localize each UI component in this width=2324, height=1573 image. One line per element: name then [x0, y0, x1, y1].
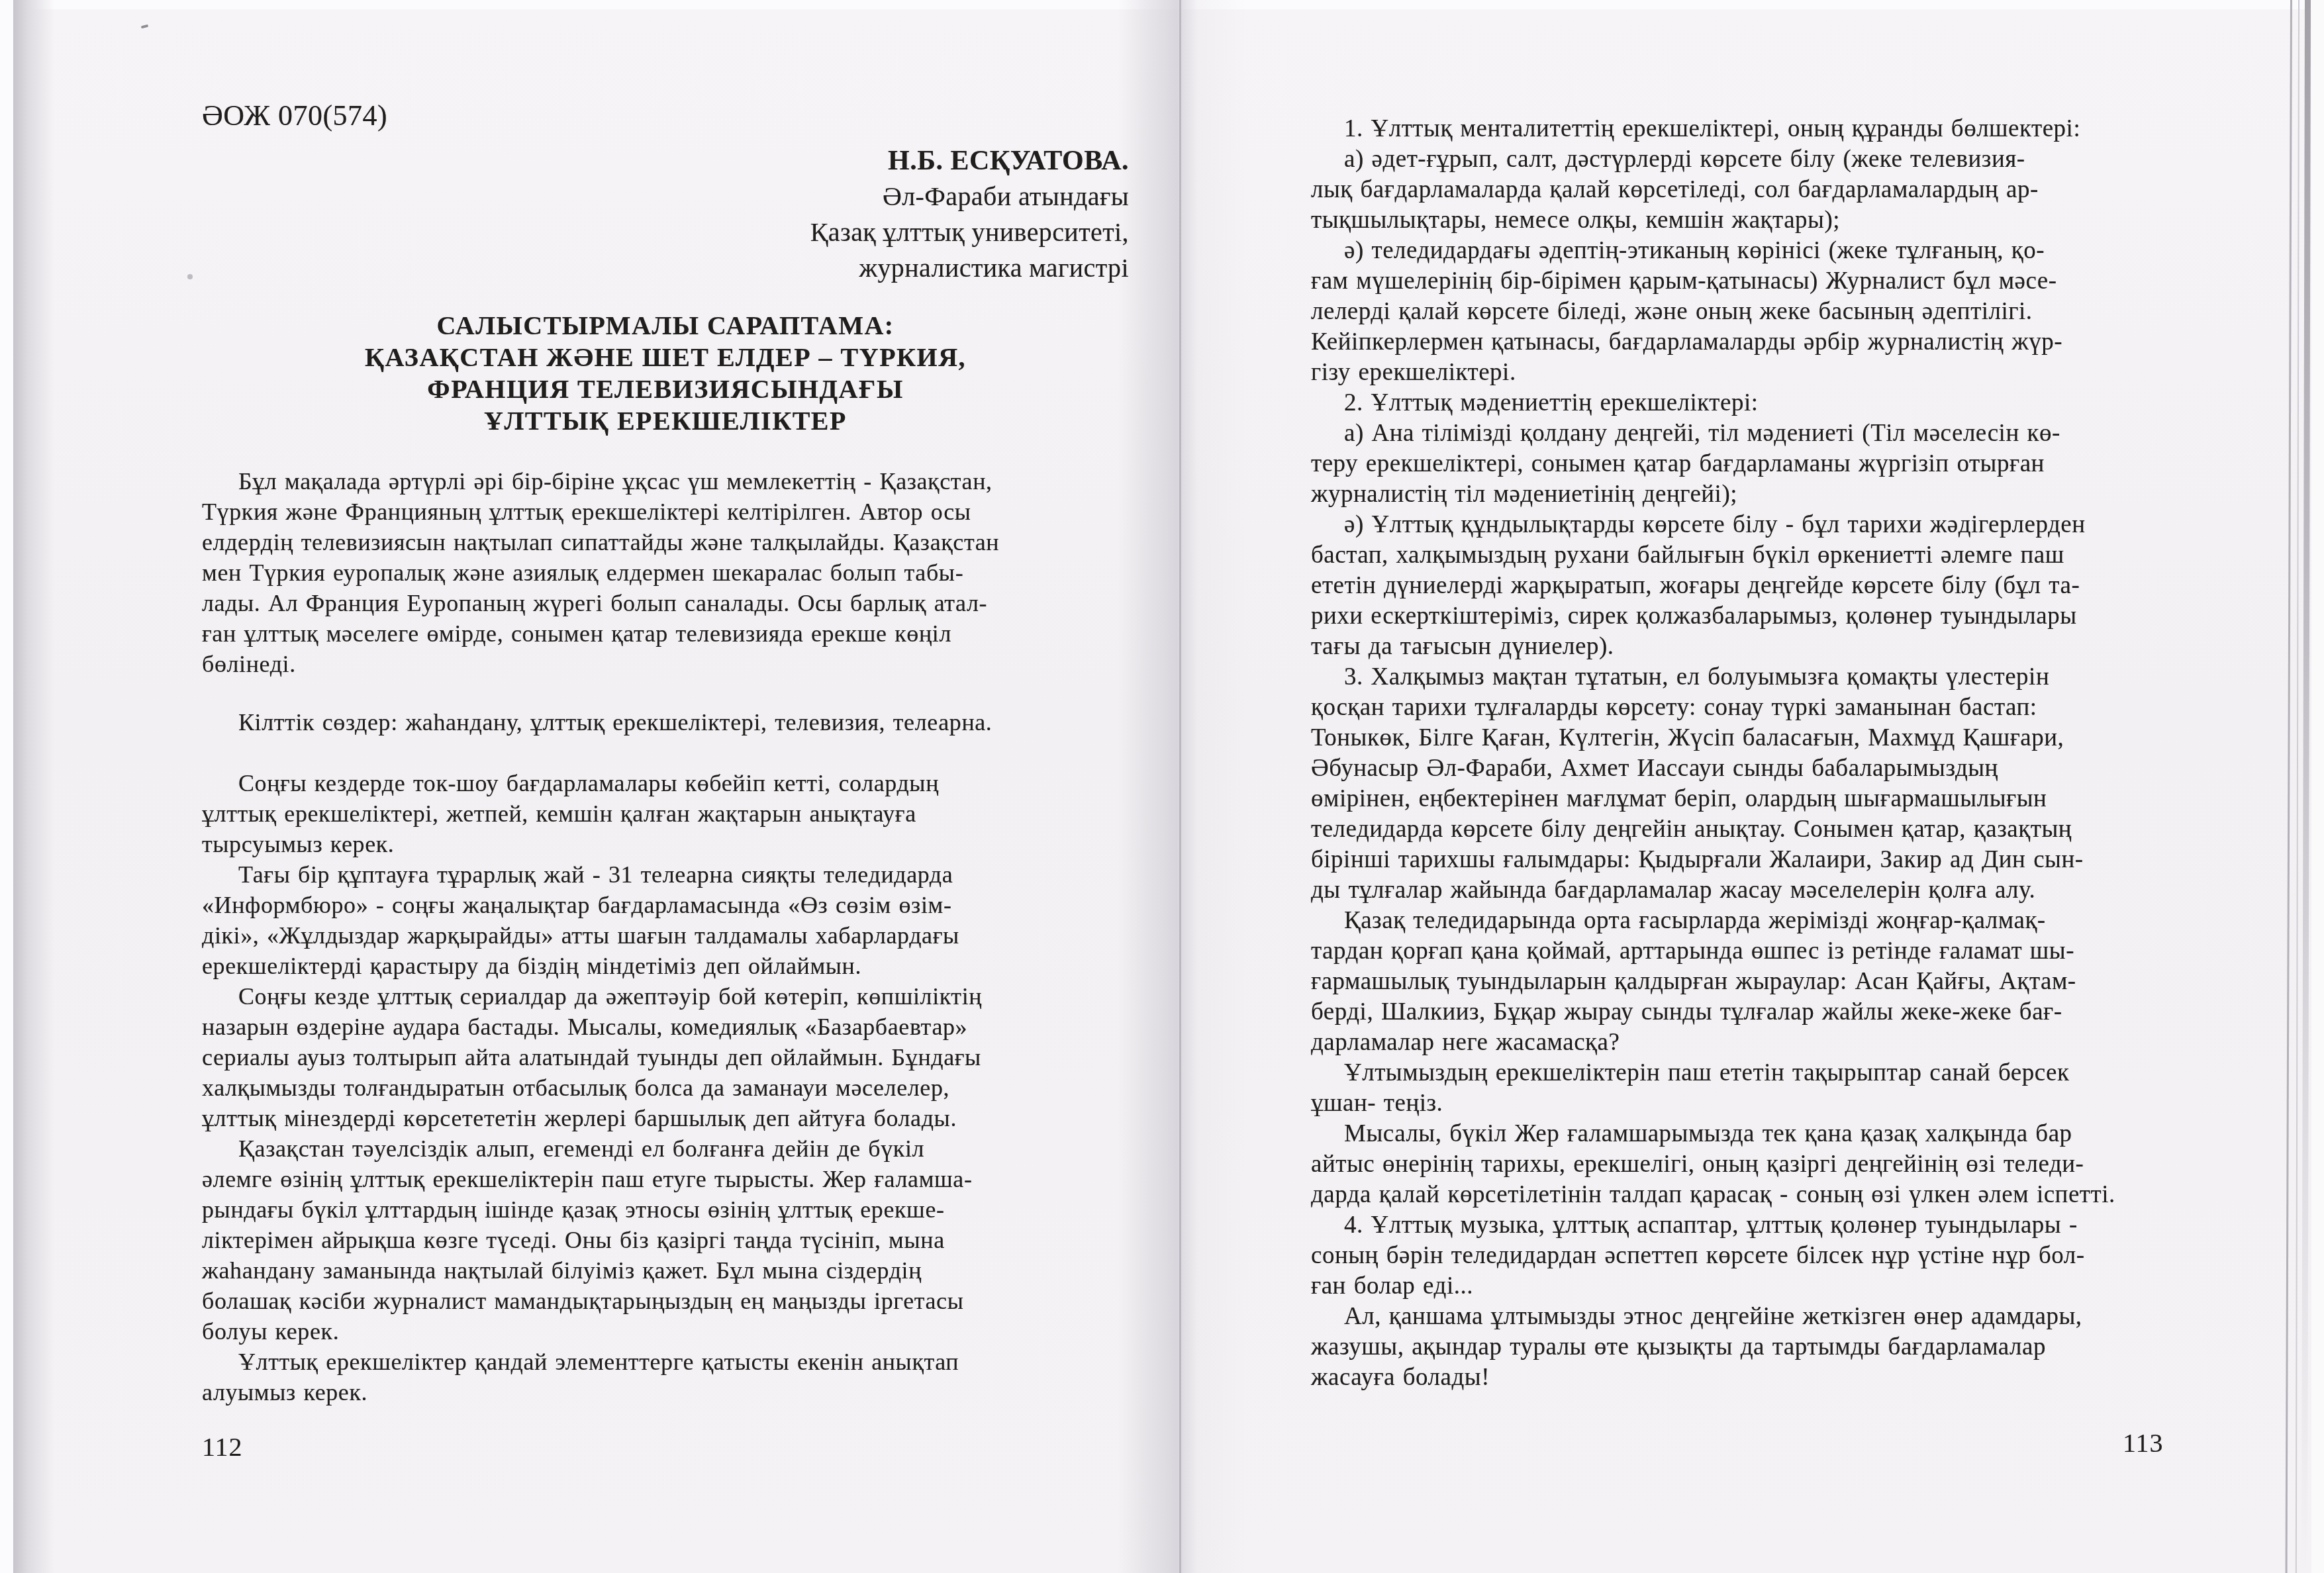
article-title: САЛЫСТЫРМАЛЫ САРАПТАМА: ҚАЗАҚСТАН ЖӘНЕ Ш…	[202, 310, 1129, 437]
author-block: Н.Б. ЕСҚУАТОВА. Әл-Фараби атындағы Қазақ…	[202, 143, 1129, 286]
body-paragraph: Ал, қаншама ұлтымызды этнос деңгейіне же…	[1311, 1302, 2258, 1393]
scan-speck	[187, 274, 193, 279]
page-112: ӘОЖ 070(574) Н.Б. ЕСҚУАТОВА. Әл-Фараби а…	[202, 99, 1129, 1407]
body-paragraph: Тағы бір құптауға тұрарлық жай - 31 теле…	[202, 859, 1129, 981]
body-paragraph: а) Ана тілімізді қолдану деңгейі, тіл мә…	[1311, 418, 2258, 510]
body-paragraph: Соңғы кездерде ток-шоу бағдарламалары кө…	[202, 768, 1129, 859]
udc-code: ӘОЖ 070(574)	[202, 99, 1129, 132]
page-113: 1. Ұлттық менталитеттің ерекшеліктері, о…	[1311, 114, 2258, 1393]
body-paragraph: 1. Ұлттық менталитеттің ерекшеліктері, о…	[1311, 114, 2258, 144]
scan-speck	[141, 24, 149, 29]
scan-left-margin	[0, 0, 13, 1573]
body-paragraph: Қазақ теледидарында орта ғасырларда жері…	[1311, 906, 2258, 1058]
scan-right-margin	[2311, 0, 2324, 1573]
keywords-line: Кілттік сөздер: жаһандану, ұлттық ерекше…	[202, 707, 1129, 738]
page-edge-shadow-left	[13, 0, 54, 1573]
body-paragraph: 4. Ұлттық музыка, ұлттық аспаптар, ұлтты…	[1311, 1210, 2258, 1302]
author-name: Н.Б. ЕСҚУАТОВА.	[202, 143, 1129, 179]
page-number-left: 112	[202, 1431, 243, 1462]
abstract-paragraph: Бұл мақалада әртүрлі әрі бір-біріне ұқса…	[202, 466, 1129, 679]
body-paragraph: Ұлттық ерекшеліктер қандай элементтерге …	[202, 1347, 1129, 1407]
body-paragraph: Қазақстан тәуелсіздік алып, егеменді ел …	[202, 1133, 1129, 1347]
body-paragraph: а) әдет-ғұрып, салт, дәстүрлерді көрсете…	[1311, 144, 2258, 236]
body-paragraph: 2. Ұлттық мәдениеттің ерекшеліктері:	[1311, 388, 2258, 418]
author-affiliation: Әл-Фараби атындағы Қазақ ұлттық универси…	[202, 179, 1129, 286]
page-edge-line-right-1	[2286, 0, 2292, 1573]
body-paragraph: ә) Ұлттық құндылықтарды көрсете білу - б…	[1311, 510, 2258, 662]
body-paragraph: ә) теледидардағы әдептің-этиканың көріні…	[1311, 236, 2258, 388]
page-edge-strip-right	[2301, 0, 2311, 1573]
body-paragraph: 3. Халқымыз мақтан тұтатын, ел болуымызғ…	[1311, 662, 2258, 906]
body-paragraph: Соңғы кезде ұлттық сериалдар да әжептәуі…	[202, 981, 1129, 1133]
page-edge-line-right-2	[2296, 0, 2300, 1573]
book-gutter-shadow	[1118, 0, 1247, 1573]
book-gutter-line	[1179, 0, 1181, 1573]
body-paragraph: Мысалы, бүкіл Жер ғаламшарымызда тек қан…	[1311, 1119, 2258, 1210]
page-number-right: 113	[2123, 1427, 2164, 1458]
book-scan: ӘОЖ 070(574) Н.Б. ЕСҚУАТОВА. Әл-Фараби а…	[0, 0, 2324, 1573]
body-paragraph: Ұлтымыздың ерекшеліктерін паш ететін тақ…	[1311, 1058, 2258, 1119]
